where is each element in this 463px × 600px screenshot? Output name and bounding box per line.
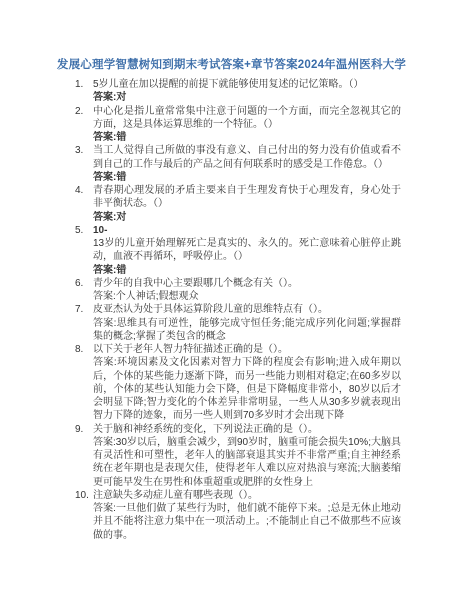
question-text: 当工人觉得自己所做的事没有意义、自己付出的努力没有价值或看不到自己的工作与最后的… (93, 144, 401, 171)
answer-value: 对 (116, 92, 126, 103)
answer-value: 一旦他们做了某些行为时，他们就不能停下来。;总是无休止地动并且不能将注意力集中在… (93, 503, 401, 541)
answer-value: 环境因素及文化因素对智力下降的程度会有影响;进入成年期以后，个体的某些能力逐渐下… (93, 357, 401, 421)
answer-text: 答案:错 (93, 264, 401, 277)
qa-item: 1. 5岁儿童在加以提醒的前提下就能够使用复述的记忆策略。（） 答案:对 (75, 78, 401, 105)
qa-item: 3. 当工人觉得自己所做的事没有意义、自己付出的努力没有价值或看不到自己的工作与… (75, 144, 401, 184)
question-text: 皮亚杰认为处于具体运算阶段儿童的思维特点有（）。 (93, 303, 401, 316)
answer-value: 错 (116, 172, 126, 183)
answer-text: 答案:思维具有可逆性，能够完成守恒任务;能完成序列化问题;掌握群集的概念;掌握了… (93, 317, 401, 344)
question-text: 关于脑和神经系统的变化，下列说法正确的是（）。 (93, 423, 401, 436)
qa-item: 9. 关于脑和神经系统的变化，下列说法正确的是（）。 答案:30岁以后，脑重会减… (75, 423, 401, 489)
question-text: 5岁儿童在加以提醒的前提下就能够使用复述的记忆策略。（） (93, 78, 401, 91)
qa-item: 10. 注意缺失多动症儿童有哪些表现（）。 答案:一旦他们做了某些行为时，他们就… (75, 489, 401, 542)
item-number: 2. (75, 105, 93, 145)
answer-text: 答案:对 (93, 91, 401, 104)
item-number: 7. (75, 303, 93, 343)
answer-label: 答案: (93, 318, 116, 329)
qa-item-body: 青少年的自我中心主要跟哪几个概念有关（）。 答案:个人神话;假想观众 (93, 277, 401, 304)
question-head-text: 10- (93, 224, 401, 237)
answer-label: 答案: (93, 357, 117, 368)
answer-value: 个人神话;假想观众 (116, 291, 199, 302)
item-number: 9. (75, 423, 93, 489)
item-number: 5. (75, 224, 93, 277)
answer-label: 答案: (93, 92, 116, 103)
answer-value: 错 (116, 265, 126, 276)
question-text: 注意缺失多动症儿童有哪些表现（）。 (93, 489, 401, 502)
qa-item-body: 10- 13岁的儿童开始理解死亡是真实的、永久的。死亡意味着心脏停止跳动，血液不… (93, 224, 401, 277)
qa-item-body: 青春期心理发展的矛盾主要来自于生理发育快于心理发育，身心处于非平衡状态。（） 答… (93, 184, 401, 224)
qa-item: 6. 青少年的自我中心主要跟哪几个概念有关（）。 答案:个人神话;假想观众 (75, 277, 401, 304)
answer-text: 答案:错 (93, 131, 401, 144)
item-number: 10. (75, 489, 93, 542)
qa-item: 4. 青春期心理发展的矛盾主要来自于生理发育快于心理发育，身心处于非平衡状态。（… (75, 184, 401, 224)
item-number: 6. (75, 277, 93, 304)
answer-text: 答案:对 (93, 211, 401, 224)
answer-value: 对 (116, 212, 126, 223)
question-text: 13岁的儿童开始理解死亡是真实的、永久的。死亡意味着心脏停止跳动，血液不再循环，… (93, 237, 401, 264)
answer-value: 错 (116, 132, 126, 143)
answer-value: 思维具有可逆性，能够完成守恒任务;能完成序列化问题;掌握群集的概念;掌握了类包含… (93, 318, 401, 342)
page-title: 发展心理学智慧树知到期末考试答案+章节答案2024年温州医科大学 (0, 59, 463, 72)
question-text: 中心化是指儿童常常集中注意于问题的一个方面，而完全忽视其它的方面，这是具体运算思… (93, 105, 401, 132)
qa-list: 1. 5岁儿童在加以提醒的前提下就能够使用复述的记忆策略。（） 答案:对 2. … (75, 78, 401, 542)
answer-label: 答案: (93, 132, 116, 143)
question-text: 以下关于老年人智力特征描述正确的是（）。 (93, 343, 401, 356)
qa-item-body: 5岁儿童在加以提醒的前提下就能够使用复述的记忆策略。（） 答案:对 (93, 78, 401, 105)
qa-item-body: 皮亚杰认为处于具体运算阶段儿童的思维特点有（）。 答案:思维具有可逆性，能够完成… (93, 303, 401, 343)
answer-label: 答案: (93, 265, 116, 276)
qa-item: 5. 10- 13岁的儿童开始理解死亡是真实的、永久的。死亡意味着心脏停止跳动，… (75, 224, 401, 277)
question-text: 青少年的自我中心主要跟哪几个概念有关（）。 (93, 277, 401, 290)
answer-text: 答案:个人神话;假想观众 (93, 290, 401, 303)
answer-label: 答案: (93, 172, 116, 183)
item-number: 8. (75, 343, 93, 423)
document-page: 发展心理学智慧树知到期末考试答案+章节答案2024年温州医科大学 1. 5岁儿童… (0, 0, 463, 600)
answer-text: 答案:一旦他们做了某些行为时，他们就不能停下来。;总是无休止地动并且不能将注意力… (93, 502, 401, 542)
answer-text: 答案:错 (93, 171, 401, 184)
answer-text: 答案:30岁以后，脑重会减少，到90岁时，脑重可能会损失10%;大脑具有灵活性和… (93, 436, 401, 489)
qa-item-body: 注意缺失多动症儿童有哪些表现（）。 答案:一旦他们做了某些行为时，他们就不能停下… (93, 489, 401, 542)
qa-item: 8. 以下关于老年人智力特征描述正确的是（）。 答案:环境因素及文化因素对智力下… (75, 343, 401, 423)
answer-label: 答案: (93, 437, 116, 448)
answer-label: 答案: (93, 291, 116, 302)
qa-item-body: 关于脑和神经系统的变化，下列说法正确的是（）。 答案:30岁以后，脑重会减少，到… (93, 423, 401, 489)
qa-item-body: 中心化是指儿童常常集中注意于问题的一个方面，而完全忽视其它的方面，这是具体运算思… (93, 105, 401, 145)
answer-label: 答案: (93, 212, 116, 223)
answer-label: 答案: (93, 503, 116, 514)
qa-item-body: 以下关于老年人智力特征描述正确的是（）。 答案:环境因素及文化因素对智力下降的程… (93, 343, 401, 423)
item-number: 4. (75, 184, 93, 224)
item-number: 3. (75, 144, 93, 184)
qa-item: 7. 皮亚杰认为处于具体运算阶段儿童的思维特点有（）。 答案:思维具有可逆性，能… (75, 303, 401, 343)
answer-value: 30岁以后，脑重会减少，到90岁时，脑重可能会损失10%;大脑具有灵活性和可塑性… (93, 437, 401, 488)
qa-item-body: 当工人觉得自己所做的事没有意义、自己付出的努力没有价值或看不到自己的工作与最后的… (93, 144, 401, 184)
question-text: 青春期心理发展的矛盾主要来自于生理发育快于心理发育，身心处于非平衡状态。（） (93, 184, 401, 211)
answer-text: 答案:环境因素及文化因素对智力下降的程度会有影响;进入成年期以后，个体的某些能力… (93, 356, 401, 422)
item-number: 1. (75, 78, 93, 105)
qa-item: 2. 中心化是指儿童常常集中注意于问题的一个方面，而完全忽视其它的方面，这是具体… (75, 105, 401, 145)
